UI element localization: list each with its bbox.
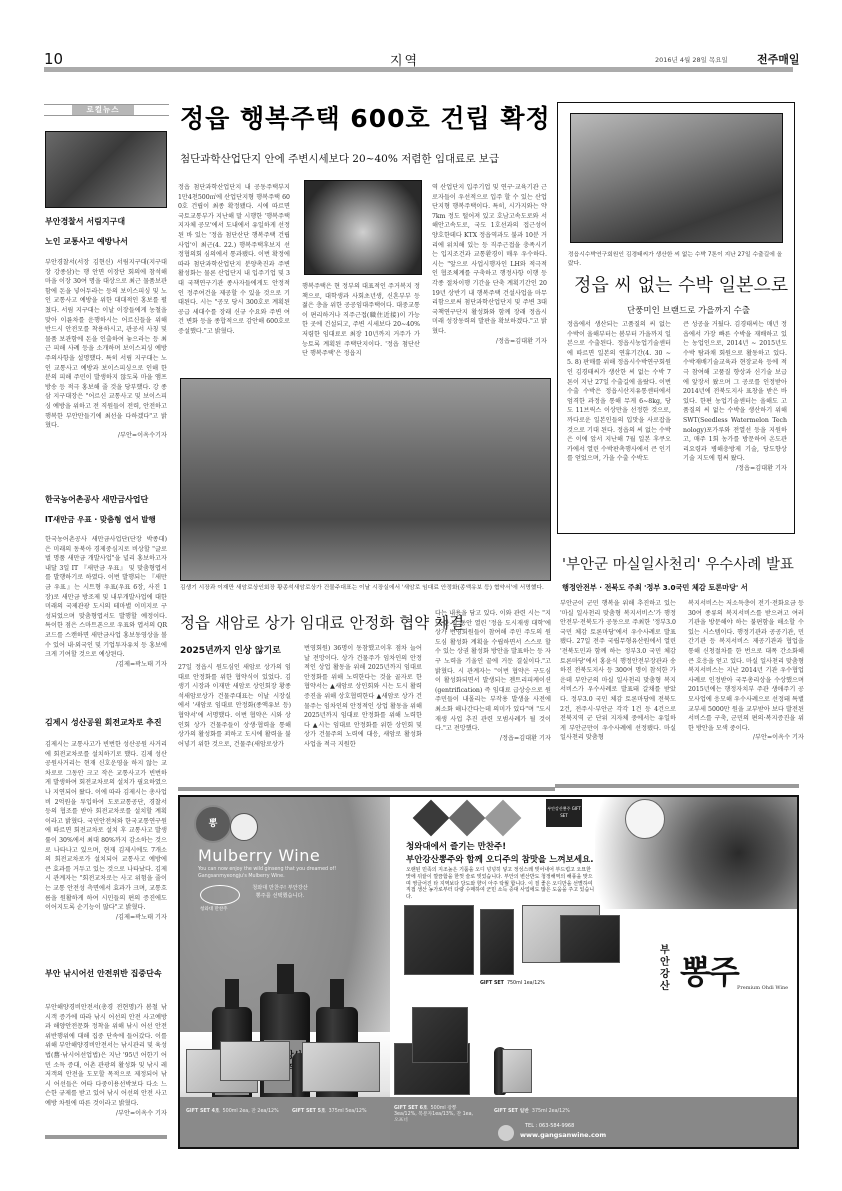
issue-date: 2016년 4월 28일 목요일 [655, 55, 728, 64]
police-meeting-photo [45, 131, 167, 208]
gift-set-label: GIFT SET 6호500ml 장뽕3ea/12%, 복분자1ea/13%, … [394, 1106, 474, 1124]
main-subheadline: 첨단과학산업단지 안에 주변시세보다 20~40% 저렴한 임대료로 보급 [180, 151, 499, 166]
ad-tagline-1: 청와대에서 즐기는 만찬주! [406, 840, 506, 852]
sidebar-article2-title: 한국농어촌공사 새만금사업단 [45, 494, 148, 505]
blue-house-seal-icon [200, 885, 240, 905]
mascot-icon [230, 813, 258, 841]
sidebar-article2-body: 한국농어촌공사 새만금사업단(단장 박종대)은 미래의 동북아 경제중심지로 비… [45, 535, 167, 669]
housing-rendering-image [304, 180, 422, 275]
seal-label: 청와대 만찬주 [200, 906, 228, 912]
ad-title: Mulberry Wine [198, 846, 320, 865]
byline: /정읍=김대환 기자 [683, 464, 787, 474]
brand-logo-icon: 뽕 [194, 805, 232, 843]
watermelon-subheadline: 단풍미인 브랜드로 가을까지 수출 [627, 304, 750, 316]
meeting-photo-caption: 김생기 시장과 이재만 새암로상인회장 황종석새암로상가 건물주대표는 이날 시… [180, 584, 551, 593]
byline: /김제=곽노태 기자 [45, 660, 167, 670]
buan-col1: 부안군이 군민 행복을 위해 추진하고 있는 '마실 일사천리 맞춤형 복지서비… [560, 599, 676, 743]
sidebar-article1-body: 부안경찰서(서장 김현신) 서림지구대(지구대장 강종삼)는 행 안면 이장단 … [45, 258, 167, 440]
sidebar-article1-title: 부안경찰서 서림지구대 [45, 216, 125, 227]
buan-subheadline: 행정안전부 · 전북도 주최 '정부 3.0국민 체감 토론마당' 서 [562, 583, 748, 593]
watermelon-col2: 큰 성공을 거뒀다. 김경태씨는 매년 정읍에서 가장 빠른 수박을 재배하고 … [683, 320, 787, 474]
watermelon-photo [570, 113, 783, 243]
seal-copy: 청와대 만찬주! 부안강산뽕주를 선택했습니다. [250, 885, 310, 900]
gift-box-image [502, 1049, 532, 1093]
premium-label: Premium Ohdi Wine [737, 985, 788, 992]
contact-phone: TEL : 063-584-9968 [525, 1123, 574, 1129]
sidebar-article2-subtitle: IT새만금 우표 · 맞춤형 엽서 발행 [45, 514, 156, 525]
gift-box-image [412, 1007, 468, 1063]
sidebar-article4-body: 부안해양경비안전서(총경 전현명)가 봄철 낚시객 증가에 따라 낚시 어선의 … [45, 1003, 167, 1118]
main-article-col3: 역 산업단지 입주기업 및 연구·교육기관 근로자들이 우선적으로 입주 할 수… [432, 183, 547, 346]
company-logo-icon [498, 1125, 514, 1141]
buan-headline: '부안군 마실일사천리' 우수사례 발표 [562, 553, 794, 574]
gift-box-image [404, 905, 474, 975]
ad-english-copy: You can now enjoy the wild ginseng that … [198, 867, 368, 880]
gift-box-image [220, 1041, 290, 1081]
mulberry-wine-advertisement[interactable]: 뽕 Mulberry Wine You can now enjoy the wi… [178, 795, 799, 1149]
saamro-col2: 번영회원) 36명이 동참했고이후 점차 늘어날 전망이다. 상가 건물주가 임… [304, 644, 422, 750]
local-news-label: 로컬뉴스 [44, 104, 169, 116]
watermelon-col1: 정읍에서 생산되는 고품질의 씨 없는 수박이 올해부터는 봄부터 가을까지 일… [567, 320, 671, 464]
main-headline: 정읍 행복주택 600호 건립 확정 [180, 99, 551, 135]
gift-set-badge: 부안강산뽕주 GIFT SET [546, 799, 582, 827]
saamro-col1: 27일 정읍시 원도심인 새암로 상가의 임대료 안정화를 위한 협약식이 있었… [178, 663, 291, 749]
gift-box-image [302, 1042, 380, 1092]
ad-body-copy: 오랜된 민족의 지조높은 기품을 오디 넝넝히 넣고 정성스레 빚어내어 부드럽… [406, 867, 596, 901]
watermelon-photo-caption: 정읍시수박연구회원인 김경태씨가 생산한 씨 없는 수박 7톤이 지난 27일 … [568, 251, 785, 268]
column-rule [45, 1135, 167, 1139]
gift-set-label: GIFT SET 4호500ml 2ea, 잔 2ea/12% [186, 1109, 279, 1115]
sidebar-article3-body: 김제시는 교통사고가 빈번한 성산공원 사거리에 회전교차로를 설치하기로 했다… [45, 740, 167, 922]
saamro-col3: 다는 내용을 담고 있다. 이와 관련 시는 "지난 한 달 동안 열린 '정읍… [435, 609, 551, 743]
brand-vertical-text: 부안강산 [660, 945, 674, 993]
mascot-icon [625, 799, 665, 839]
sidebar-article4-title: 부안 낚시어선 안전위반 집중단속 [45, 968, 162, 979]
byline: /부안=이옥수 기자 [45, 1109, 167, 1119]
website-link[interactable]: www.gangsanwine.com [520, 1131, 606, 1139]
saamro-headline: 정읍 새암로 상가 임대료 안정화 협약 체결 [180, 611, 464, 633]
local-news-label-text: 로컬뉴스 [72, 105, 134, 115]
page-number: 10 [44, 50, 63, 68]
main-article-col2: 행복주택은 현 정부의 대표적인 주거복지 정책으로, 대학생과 사회초년생, … [302, 282, 420, 359]
header-rule [44, 67, 793, 72]
sidebar-article1-subtitle: 노인 교통사고 예방나서 [45, 236, 128, 247]
diamond-photo-strip [410, 799, 560, 835]
watermelon-headline: 정읍 씨 없는 수박 일본으로 [574, 271, 788, 297]
gift-box-image [480, 909, 514, 975]
byline: /정읍=김대환 기자 [435, 734, 551, 744]
main-article-col1: 정읍 첨단과학산업단지 내 공동주택부지 1만4천500㎡에 산업단지형 행복주… [178, 183, 290, 337]
gift-box-image [560, 915, 620, 963]
byline: /정읍=김대환 기자 [432, 337, 547, 347]
gift-set-label: GIFT SET750ml 1ea/12% [480, 981, 545, 987]
section-rule [178, 787, 555, 791]
agreement-meeting-photo [180, 378, 551, 581]
brand-logo-text: 뽕주 [680, 947, 738, 993]
ad-tagline-2: 부안강산뽕주와 함께 오디주의 참맛을 느껴보세요. [406, 853, 594, 865]
byline: /부안=이옥수기자 [45, 431, 167, 441]
saamro-subheadline: 2025년까지 인상 않기로 [180, 643, 281, 656]
buan-col2: 복지서비스는 저소득층이 전기·전화요금 등 30여 종류의 복지서비스를 받으… [688, 599, 804, 743]
gift-set-label: GIFT SET 5호375ml 5ea/12% [292, 1109, 367, 1115]
byline: /부안=이옥수 기자 [688, 733, 804, 743]
byline: /김제=곽노태 기자 [45, 913, 167, 923]
ad-bottom-band-left [180, 1097, 390, 1149]
sidebar-article3-title: 김제시 성산공원 회전교차로 추진 [45, 717, 162, 728]
gift-set-label: GIFT SET 일반375ml 2ea/12% [494, 1109, 570, 1115]
section-rule [555, 784, 799, 788]
paper-name: 전주매일 [757, 51, 800, 67]
